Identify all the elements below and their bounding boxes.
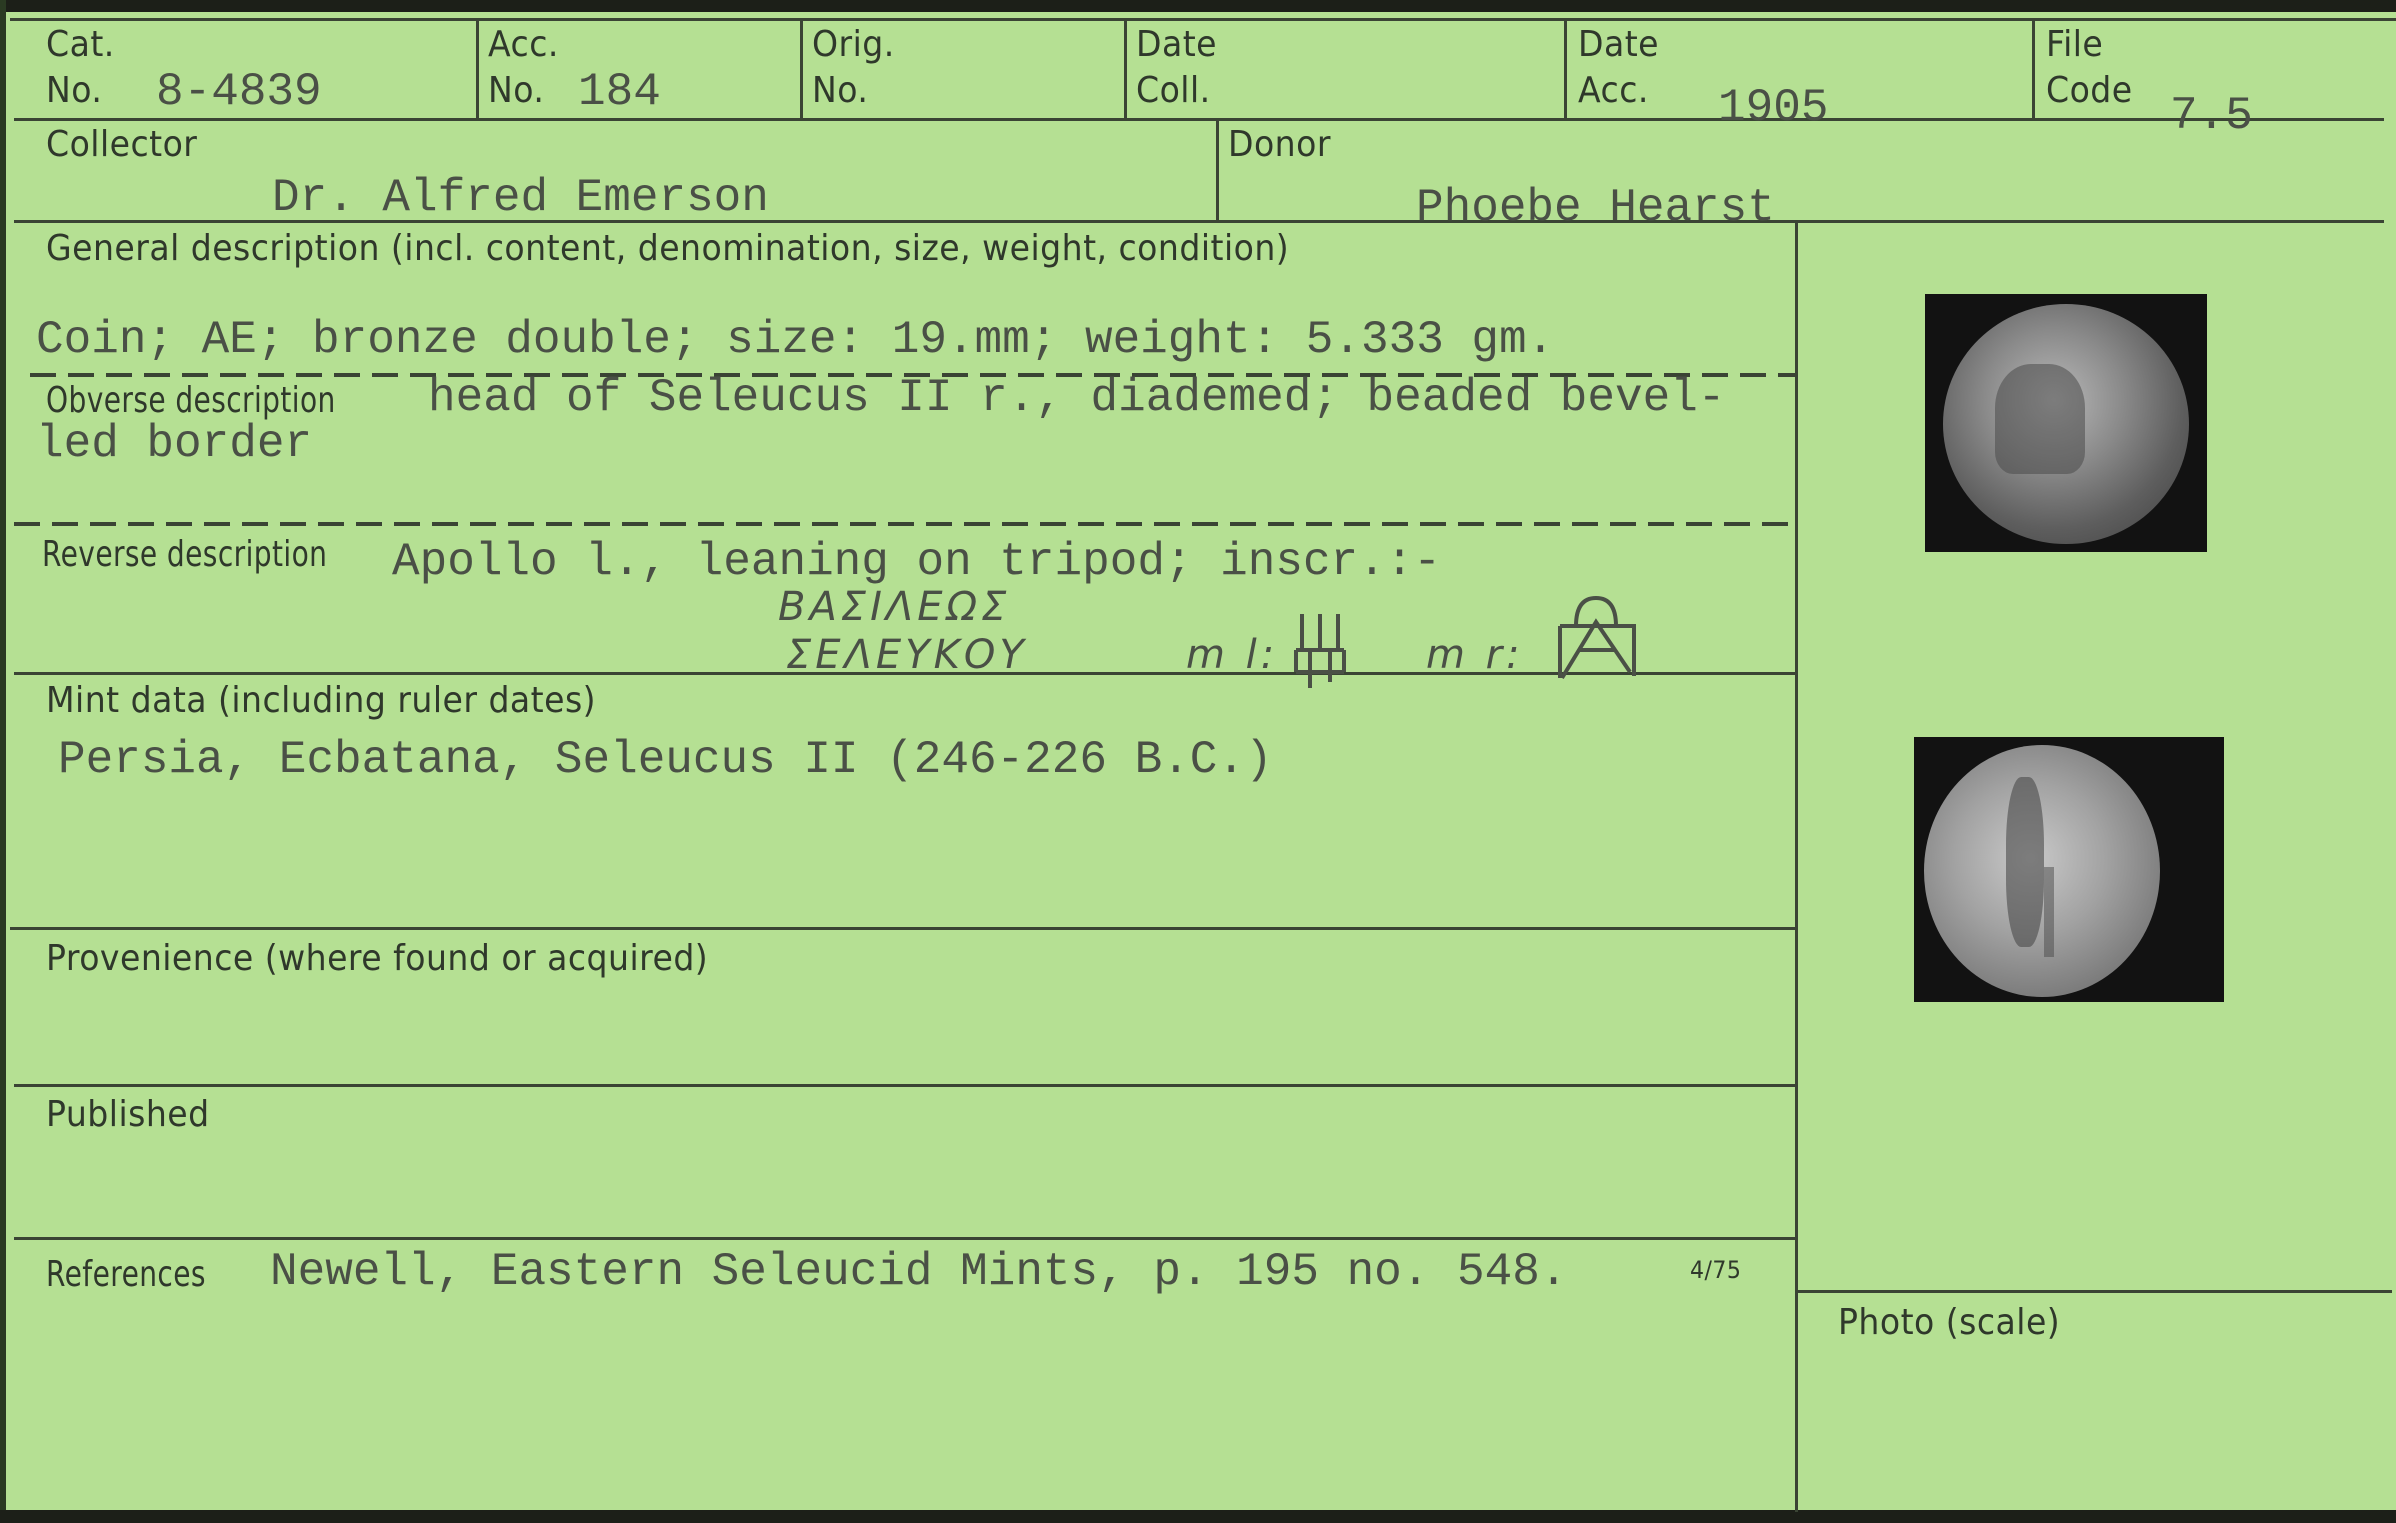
divider-photo-column (1795, 222, 1798, 1512)
provenience-label: Provenience (where found or acquired) (46, 938, 708, 979)
file-code-value: 7.5 (2170, 90, 2253, 142)
date-coll-label-1: Date (1136, 24, 1217, 65)
reverse-description-value: Apollo l., leaning on tripod; inscr.:- (392, 536, 1441, 588)
divider-datecoll-dateacc (1564, 18, 1567, 120)
coin-reverse-apollo (2006, 777, 2044, 947)
donor-value: Phoebe Hearst (1416, 182, 1775, 234)
cat-no-label-1: Cat. (46, 24, 115, 65)
monogram-left-icon (1290, 610, 1350, 690)
obverse-description-line1: head of Seleucus II r., diademed; beaded… (428, 372, 1725, 424)
coin-reverse-tripod (2044, 867, 2054, 957)
date-acc-label-1: Date (1578, 24, 1659, 65)
acc-no-label-2: No. (488, 70, 544, 111)
rule-provenience-bottom (14, 1084, 1795, 1087)
coin-obverse-photo (1925, 294, 2207, 552)
acc-no-label-1: Acc. (488, 24, 559, 65)
cat-no-value: 8-4839 (156, 66, 322, 118)
references-value: Newell, Eastern Seleucid Mints, p. 195 n… (270, 1246, 1567, 1298)
acc-no-value: 184 (578, 66, 661, 118)
divider-orig-datecoll (1124, 18, 1127, 120)
general-description-value: Coin; AE; bronze double; size: 19.mm; we… (36, 314, 1554, 366)
date-acc-value: 1905 (1718, 82, 1828, 134)
mint-data-label: Mint data (including ruler dates) (46, 680, 596, 721)
coin-obverse-head (1995, 364, 2085, 474)
inscription-line1: ΒΑΣΙΛΕΩΣ (778, 584, 1010, 630)
file-code-label-2: Code (2046, 70, 2133, 111)
monogram-right-icon (1554, 592, 1640, 682)
collector-label: Collector (46, 124, 197, 165)
orig-no-label-2: No. (812, 70, 868, 111)
rule-header-bottom (14, 118, 2384, 121)
monogram-right-label: m r: (1426, 632, 1524, 678)
divider-acc-orig (800, 18, 803, 120)
date-coll-label-2: Coll. (1136, 70, 1211, 111)
donor-label: Donor (1228, 124, 1331, 165)
date-acc-label-2: Acc. (1578, 70, 1649, 111)
inscription-line2: ΣΕΛΕΥΚΟΥ (786, 632, 1028, 678)
orig-no-label-1: Orig. (812, 24, 895, 65)
divider-cat-acc (476, 18, 479, 120)
mint-data-value: Persia, Ecbatana, Seleucus II (246-226 B… (58, 734, 1273, 786)
rule-photo-scale-top (1797, 1290, 2392, 1293)
references-label: References (46, 1254, 206, 1295)
dashed-rule-obverse (14, 522, 1795, 526)
photo-scale-label: Photo (scale) (1838, 1302, 2060, 1343)
scan-bottom-edge (0, 1510, 2396, 1523)
rule-top (10, 18, 2396, 21)
general-description-label: General description (incl. content, deno… (46, 228, 1289, 269)
scan-left-edge (0, 0, 6, 1523)
collector-value: Dr. Alfred Emerson (272, 172, 769, 224)
published-label: Published (46, 1094, 210, 1135)
obverse-description-line2: led border (36, 418, 312, 470)
obverse-description-label: Obverse description (46, 380, 336, 421)
monogram-left-label: m l: (1186, 632, 1278, 678)
cat-no-label-2: No. (46, 70, 102, 111)
rule-published-bottom (14, 1237, 1795, 1240)
scan-top-edge (0, 0, 2396, 12)
divider-collector-donor (1216, 120, 1219, 222)
divider-dateacc-filecode (2032, 18, 2035, 120)
reverse-description-label: Reverse description (42, 534, 327, 575)
references-note: 4/75 (1690, 1256, 1741, 1284)
coin-reverse-photo (1914, 737, 2224, 1002)
rule-mint-bottom (10, 927, 1795, 930)
file-code-label-1: File (2046, 24, 2103, 65)
